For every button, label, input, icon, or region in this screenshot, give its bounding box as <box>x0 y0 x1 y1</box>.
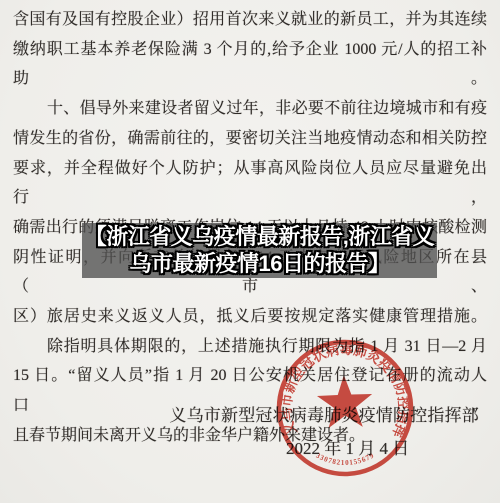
official-seal: 义乌市新型冠状病毒肺炎疫情防控指挥部 33078210155679 <box>252 315 438 501</box>
document-line: 缴纳职工基本养老保险满 3 个月的,给予企业 1000 元/人的招工补助。 <box>13 35 487 94</box>
document-line: 要求，并全程做好个人防护；从事高风险岗位人员应尽量避免出行， <box>13 154 487 213</box>
seal-star <box>316 374 373 428</box>
document-line: 十、倡导外来建设者留义过年，非必要不前往边境城市和有疫 <box>13 94 487 124</box>
document-line: 含国有及国有控股企业）招用首次来义就业的新员工，并为其连续 <box>13 5 487 35</box>
seal-code-text: 33078210155679 <box>314 449 376 468</box>
document-line: 情发生的省份，确需前往的，要密切关注当地疫情动态和相关防控 <box>13 124 487 154</box>
scanned-document-page: 含国有及国有控股企业）招用首次来义就业的新员工，并为其连续缴纳职工基本养老保险满… <box>0 0 500 503</box>
headline-line2: 乌市最新疫情16日的报告】 <box>82 251 437 278</box>
headline-overlay: 【浙江省义乌疫情最新报告,浙江省义 乌市最新疫情16日的报告】 <box>82 223 437 278</box>
headline-line1: 【浙江省义乌疫情最新报告,浙江省义 <box>82 224 437 251</box>
seal-arc-text: 义乌市新型冠状病毒肺炎疫情防控指挥部 <box>252 315 415 446</box>
